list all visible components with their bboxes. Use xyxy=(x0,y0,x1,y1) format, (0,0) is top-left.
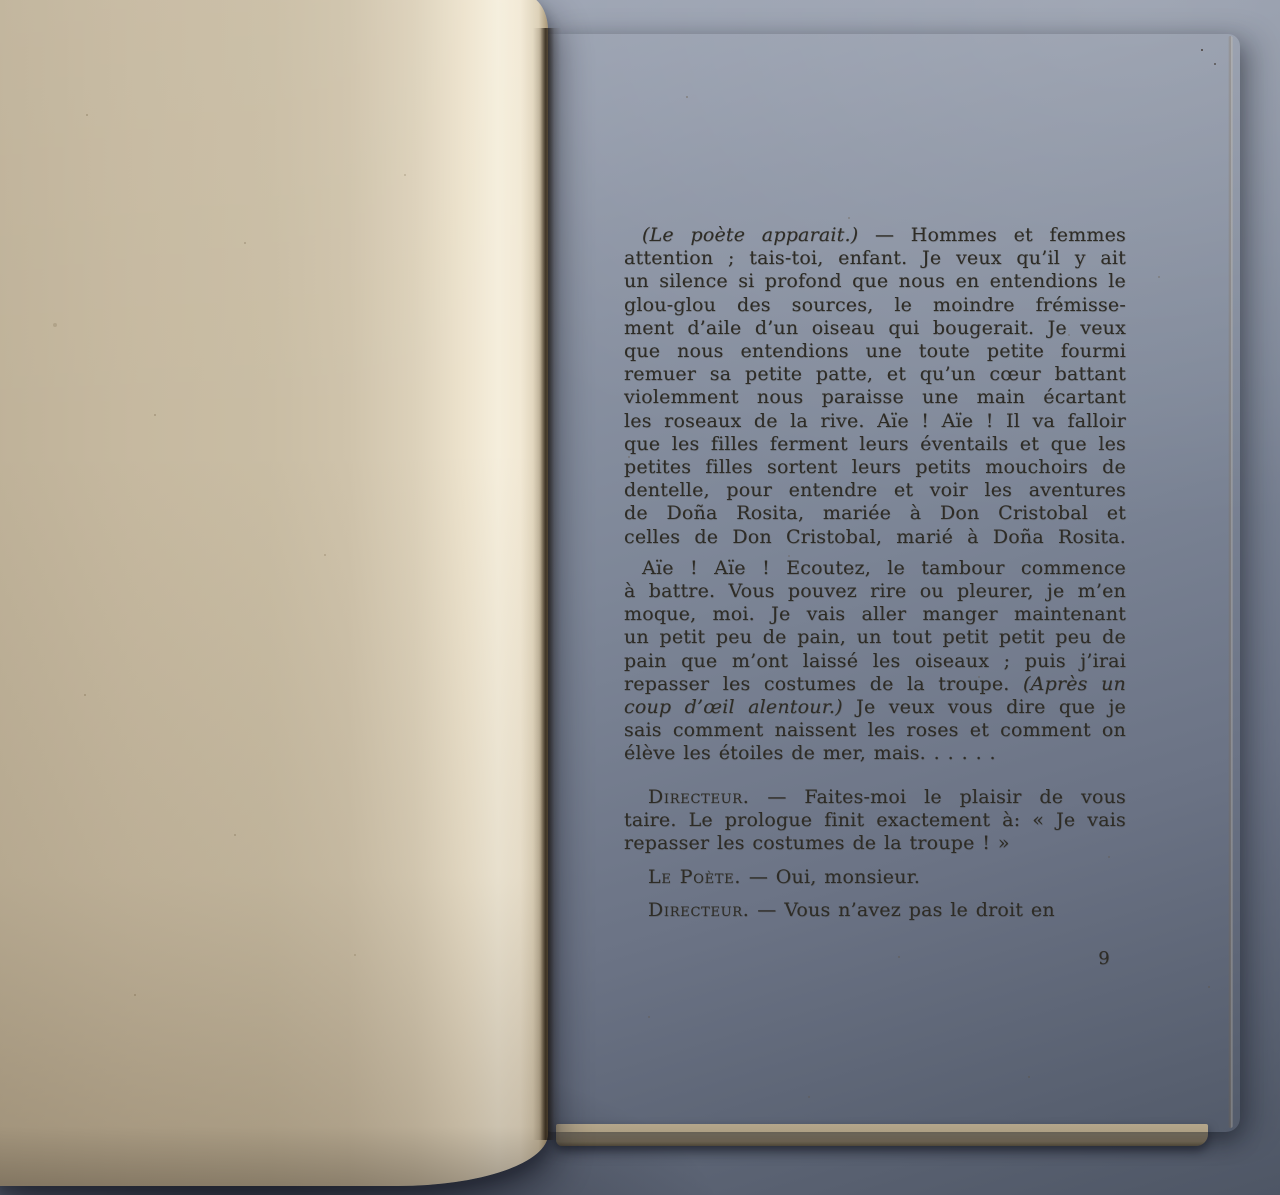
text-line: repasser les costumes de la troupe ! » xyxy=(624,832,1126,855)
stage-direction-text: (Le poète apparait.) xyxy=(642,224,858,246)
stage-direction-text: (Après un xyxy=(1023,673,1126,695)
speaker-name: Directeur. xyxy=(648,786,750,808)
paragraph-prologue-1: (Le poète apparait.) — Hommes et femmes … xyxy=(624,224,1126,549)
paragraph-dialogue-directeur-1: Directeur. — Faites-moi le plaisir de vo… xyxy=(624,786,1126,856)
speaker-name: Le Poète. xyxy=(648,866,741,888)
text-segment: — Oui, monsieur. xyxy=(741,866,920,888)
page-deckle-edge xyxy=(1228,36,1233,1128)
text-line: remuer sa petite patte, et qu’un cœur ba… xyxy=(624,363,1126,386)
text-line: repasser les costumes de la troupe. (Apr… xyxy=(624,673,1126,696)
text-line: que les filles ferment leurs éventails e… xyxy=(624,433,1126,456)
text-line: Directeur. — Vous n’avez pas le droit en xyxy=(624,899,1126,922)
text-segment: — Vous n’avez pas le droit en xyxy=(750,899,1055,921)
page-text-block: (Le poète apparait.) — Hommes et femmes … xyxy=(624,224,1126,923)
text-line: pain que m’ont laissé les oiseaux ; puis… xyxy=(624,650,1126,673)
text-segment: Je veux vous dire que je xyxy=(843,696,1126,718)
text-line: que nous entendions une toute petite fou… xyxy=(624,340,1126,363)
text-line: glou-glou des sources, le moindre frémis… xyxy=(624,294,1126,317)
text-segment: — Faites-moi le plaisir de vous xyxy=(750,786,1126,808)
text-line: petites filles sortent leurs petits mouc… xyxy=(624,456,1126,479)
text-line: élève les étoiles de mer, mais. . . . . … xyxy=(624,742,1126,765)
text-line: taire. Le prologue finit exactement à: «… xyxy=(624,809,1126,832)
text-line: Le Poète. — Oui, monsieur. xyxy=(624,866,1126,889)
text-line: moque, moi. Je vais aller manger mainten… xyxy=(624,603,1126,626)
photo-background: (Le poète apparait.) — Hommes et femmes … xyxy=(0,0,1280,1195)
text-line: à battre. Vous pouvez rire ou pleurer, j… xyxy=(624,580,1126,603)
stage-direction-text: coup d’œil alentour.) xyxy=(624,696,843,718)
text-line: ment d’aile d’un oiseau qui bougerait. J… xyxy=(624,317,1126,340)
speaker-name: Directeur. xyxy=(648,899,750,921)
text-line: coup d’œil alentour.) Je veux vous dire … xyxy=(624,696,1126,719)
right-page: (Le poète apparait.) — Hommes et femmes … xyxy=(546,34,1240,1132)
text-line: Directeur. — Faites-moi le plaisir de vo… xyxy=(624,786,1126,809)
text-line: sais comment naissent les roses et comme… xyxy=(624,719,1126,742)
text-line: (Le poète apparait.) — Hommes et femmes xyxy=(624,224,1126,247)
text-line: Aïe ! Aïe ! Ecoutez, le tambour commence xyxy=(624,557,1126,580)
text-line: celles de Don Cristobal, marié à Doña Ro… xyxy=(624,526,1126,549)
text-line: attention ; tais-toi, enfant. Je veux qu… xyxy=(624,247,1126,270)
text-line: dentelle, pour entendre et voir les aven… xyxy=(624,479,1126,502)
text-segment: — Hommes et femmes xyxy=(858,224,1126,246)
text-line: les roseaux de la rive. Aïe ! Aïe ! Il v… xyxy=(624,410,1126,433)
text-segment: repasser les costumes de la troupe. xyxy=(624,673,1023,695)
page-number: 9 xyxy=(1094,948,1114,969)
left-page xyxy=(0,0,548,1186)
paragraph-dialogue-directeur-2: Directeur. — Vous n’avez pas le droit en xyxy=(624,899,1126,922)
text-line: de Doña Rosita, mariée à Don Cristobal e… xyxy=(624,502,1126,525)
text-line: violemment nous paraisse une main écarta… xyxy=(624,386,1126,409)
text-line: un silence si profond que nous en entend… xyxy=(624,270,1126,293)
book-gutter-shadow xyxy=(533,28,561,1140)
paragraph-prologue-2: Aïe ! Aïe ! Ecoutez, le tambour commence… xyxy=(624,557,1126,766)
text-line: un petit peu de pain, un tout petit peti… xyxy=(624,626,1126,649)
paragraph-dialogue-poete: Le Poète. — Oui, monsieur. xyxy=(624,866,1126,889)
